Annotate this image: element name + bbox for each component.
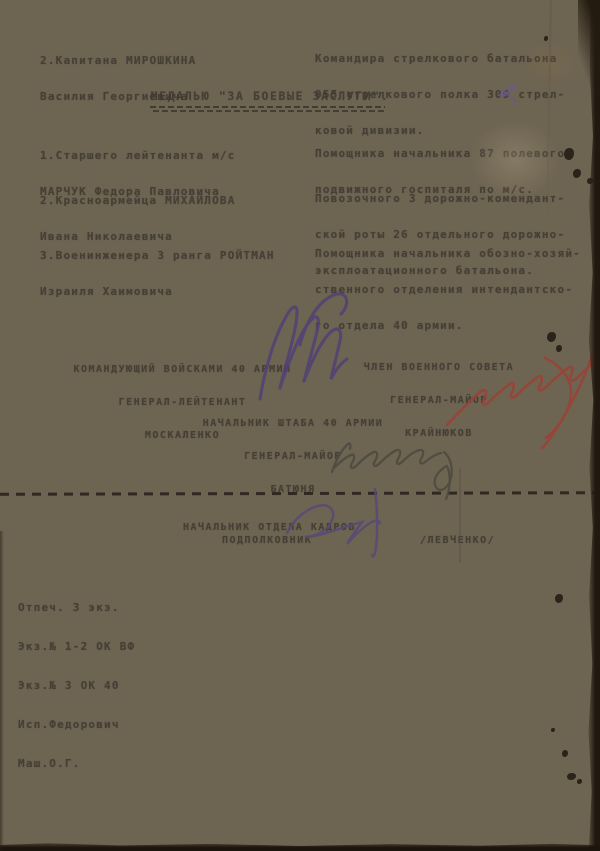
signatory-rank-line: ГЕНЕРАЛ-МАЙОР [197, 451, 389, 462]
awardee-name-line: 3.Военинженера 3 ранга РОЙТМАН [40, 250, 275, 262]
awardee-name-block: 3.Военинженера 3 ранга РОЙТМАН Израиля Х… [40, 226, 275, 322]
archive-watermark: ЦАМО РФ [524, 753, 600, 826]
heading-underline [150, 106, 385, 113]
signatory-title-line: НАЧАЛЬНИК ШТАБА 40 АРМИИ [197, 418, 389, 429]
copies-info-line: Маш.О.Г. [18, 757, 135, 770]
awardee-position-block: Помощника начальника обозно-хозяй- ствен… [315, 224, 581, 356]
scanned-document-page: ЦАМО РФ ЦАМО РФ ЦАМО РФ ЦАМО РФ ЦАМО РФ … [0, 0, 600, 851]
chief-of-staff-signature-block: НАЧАЛЬНИК ШТАБА 40 АРМИИ ГЕНЕРАЛ-МАЙОР Б… [197, 396, 389, 517]
scan-edge-corner [578, 0, 600, 95]
scan-edge-left [0, 531, 4, 851]
awardee-position-line: Помощника начальника 87 полевого [315, 148, 565, 160]
scan-edge-bottom [0, 840, 600, 851]
awardee-name-line: 1.Старшего лейтенанта м/с [40, 150, 236, 162]
paper-crease [459, 468, 461, 563]
copies-info-line: Экз.№ 1-2 ОК ВФ [18, 640, 135, 653]
personnel-chief-rank: ПОДПОЛКОВНИК [222, 535, 312, 546]
awardee-name-line: 2.Красноармейца МИХАЙЛОВА [40, 195, 236, 207]
watermark-label: ЦАМО РФ [240, 787, 319, 835]
awardee-position-line: Повозочного 3 дорожно-комендант- [315, 193, 565, 205]
personnel-chief-surname: /ЛЕВЧЕНКО/ [420, 535, 495, 546]
awardee-position-line: го отдела 40 армии. [315, 320, 581, 332]
archive-watermark: ЦАМО РФ [215, 784, 321, 851]
medal-section-heading: МЕДАЛЬЮ "ЗА БОЕВЫЕ ЗАСЛУГИ". [140, 90, 400, 102]
awardee-position-line: ственного отделения интендантско- [315, 284, 581, 296]
signatory-title-line: ЧЛЕН ВОЕННОГО СОВЕТА [350, 362, 528, 373]
watermark-label: ЦАМО РФ [320, 670, 398, 721]
watermark-label: ЦАМО РФ [502, 514, 580, 567]
copies-info-block: Отпеч. 3 экз. Экз.№ 1-2 ОК ВФ Экз.№ 3 ОК… [18, 575, 135, 796]
copies-info-line: Экз.№ 3 ОК 40 [18, 679, 135, 692]
awardee-position-line: Помощника начальника обозно-хозяй- [315, 248, 581, 260]
ink-speck [555, 594, 563, 603]
personnel-chief-title: НАЧАЛЬНИК ОТДЕЛА КАДРОВ [183, 522, 373, 533]
scan-edge-right [584, 0, 600, 851]
signatory-title-line: КОМАНДУЮЩИЙ ВОЙСКАМИ 40 АРМИИ [70, 364, 295, 375]
archive-watermark: ЦАМО РФ [293, 666, 401, 739]
ink-speck [564, 148, 574, 160]
archive-watermark: ЦАМО РФ [475, 509, 582, 585]
ink-speck [551, 728, 555, 732]
copies-info-line: Исп.Федорович [18, 718, 135, 731]
ink-speck [573, 169, 581, 178]
awardee-name-line: 2.Капитана МИРОШКИНА [40, 55, 196, 67]
ink-speck [562, 750, 568, 757]
awardee-position-line: Командира стрелкового батальона [315, 53, 565, 65]
copies-info-line: Отпеч. 3 экз. [18, 601, 135, 614]
awardee-name-line: Израиля Хаимовича [40, 286, 275, 298]
